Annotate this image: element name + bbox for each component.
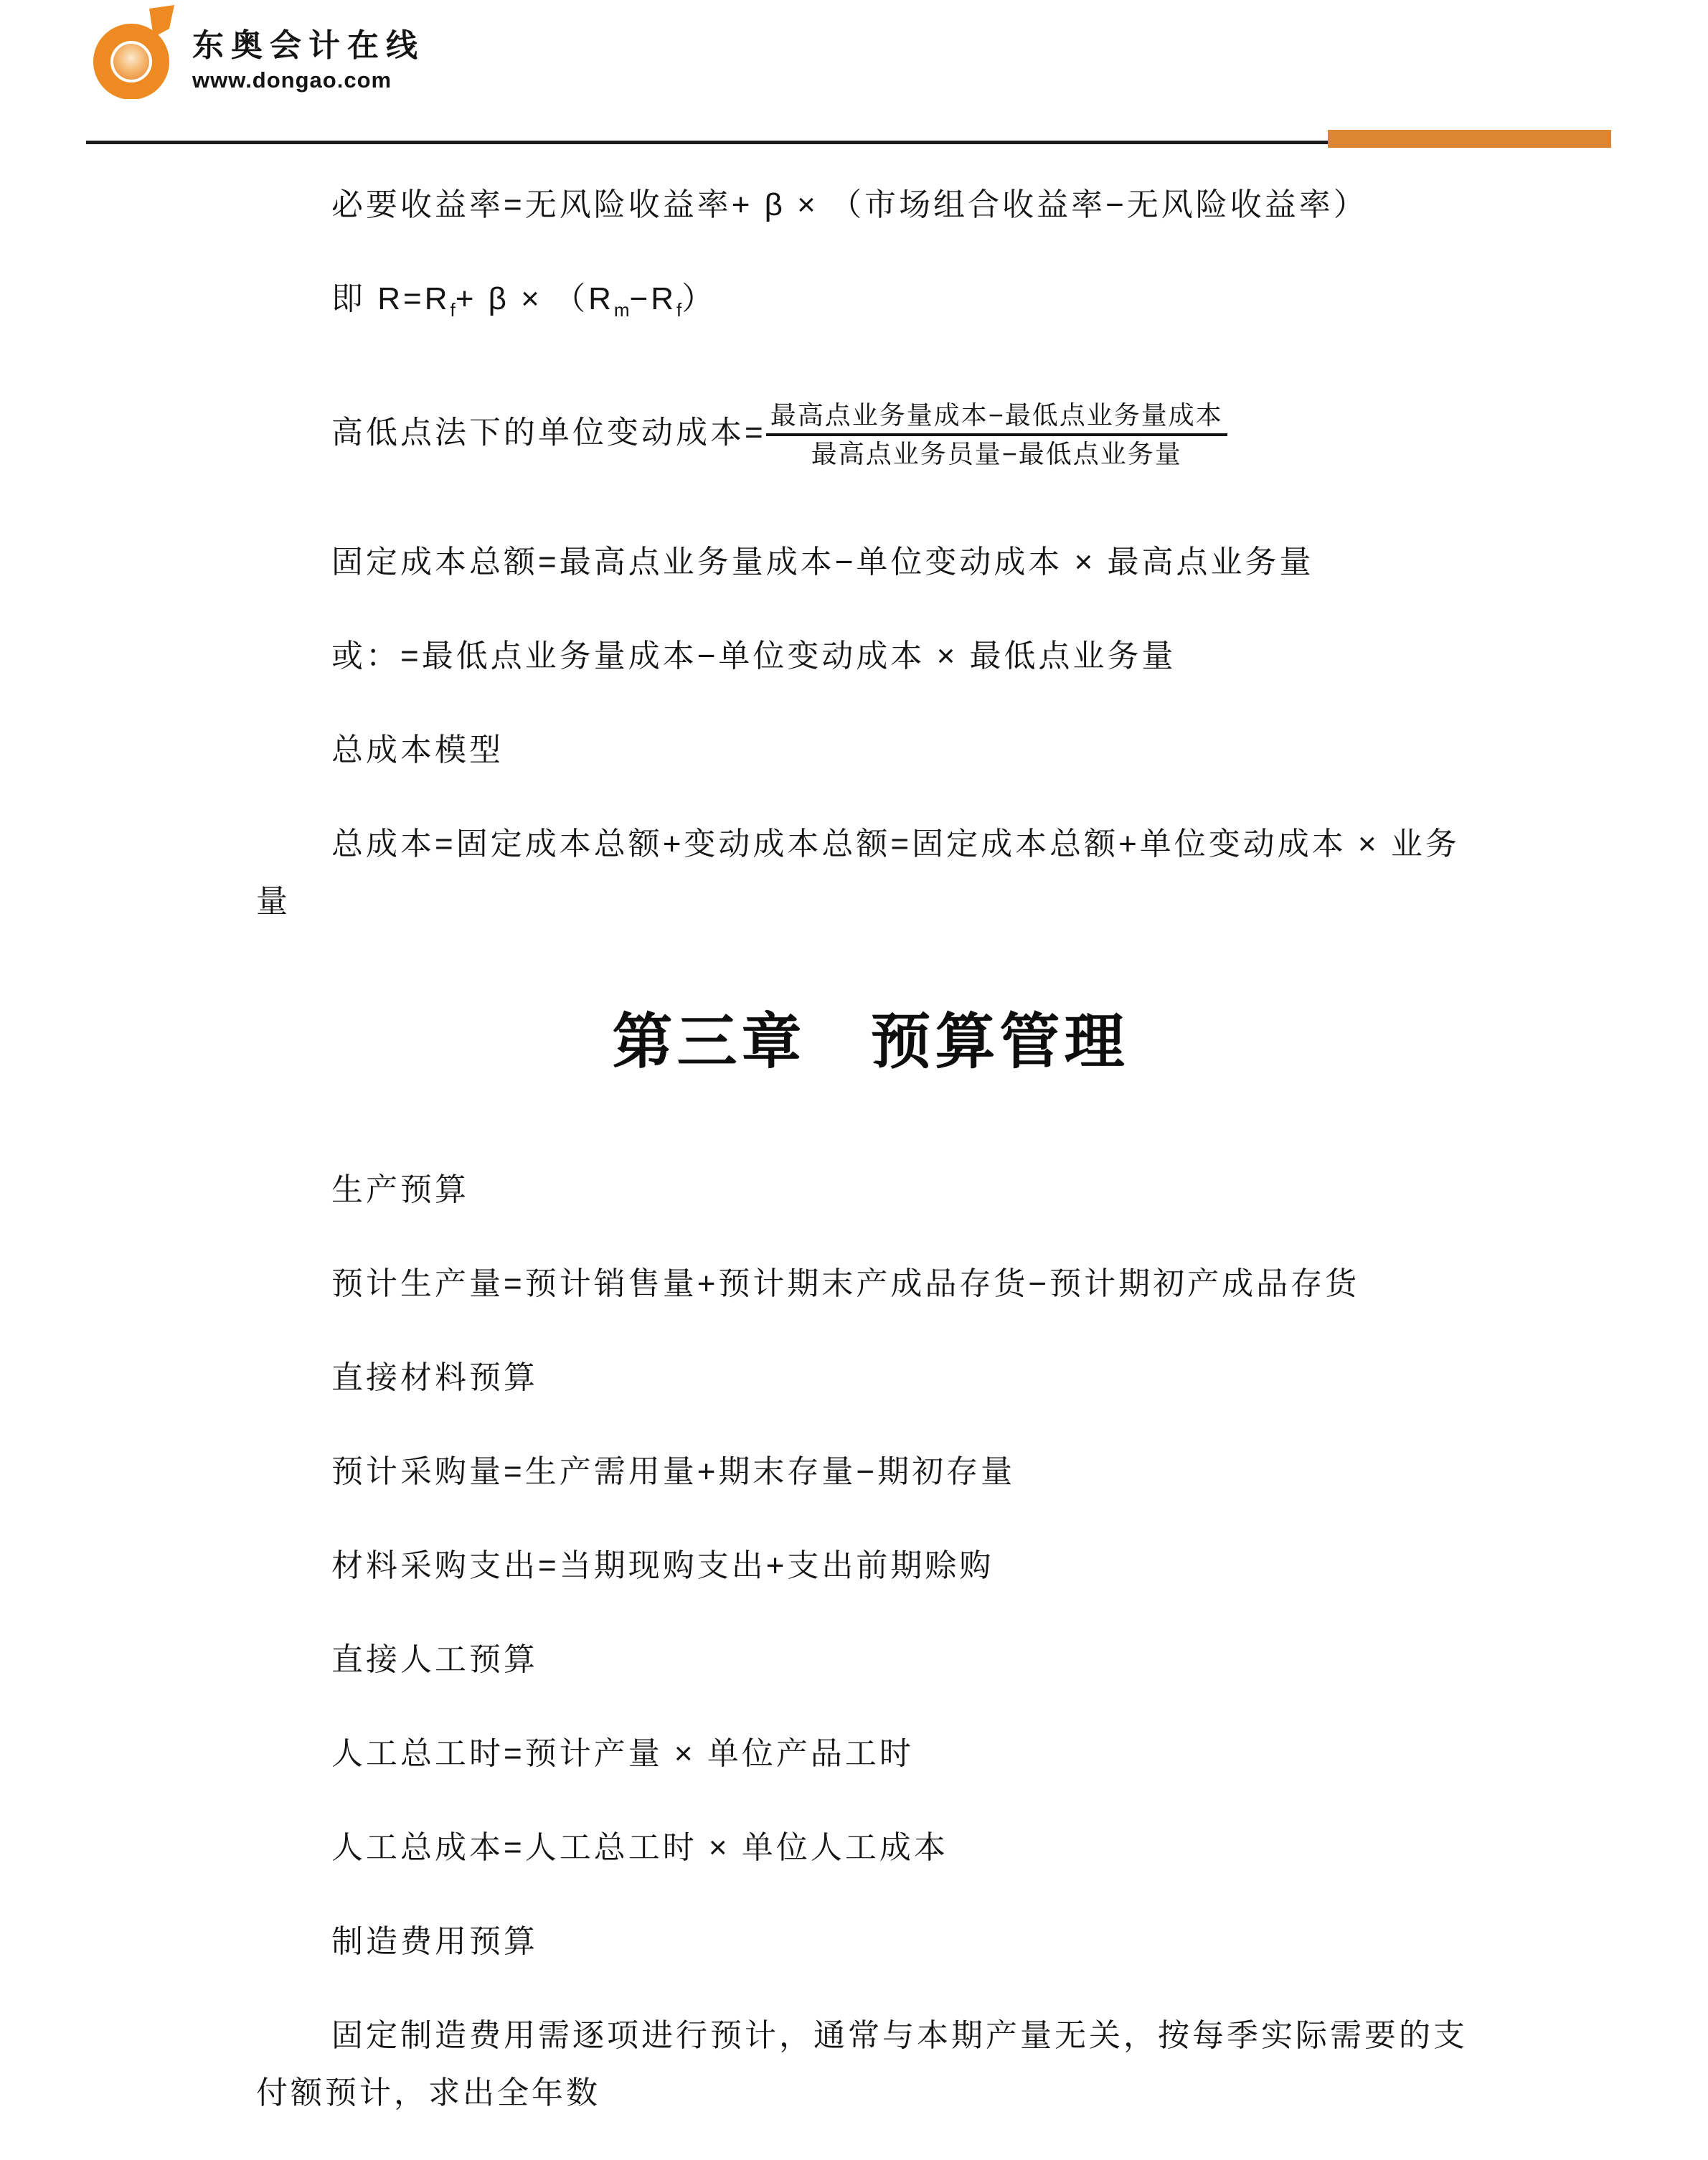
formula-capm-part: ） [681, 281, 716, 316]
para-fixed-overhead: 固定制造费用需逐项进行预计，通常与本期产量无关，按每季实际需要的支付额预计，求出… [256, 2007, 1485, 2122]
label-overhead-budget: 制造费用预算 [256, 1913, 1485, 1971]
formula-labor-cost: 人工总成本=人工总工时 × 单位人工成本 [256, 1819, 1485, 1877]
formula-total-cost-line2: 量 [256, 884, 291, 919]
formula-high-low-method: 高低点法下的单位变动成本=最高点业务量成本−最低点业务量成本最高点业务员量−最低… [256, 400, 1485, 470]
document-page: 东奥会计在线 www.dongao.com 必要收益率=无风险收益率+ β × … [0, 0, 1708, 2160]
chapter-heading: 第三章 预算管理 [256, 1002, 1485, 1081]
formula-required-return: 必要收益率=无风险收益率+ β × （市场组合收益率−无风险收益率） [256, 176, 1485, 234]
formula-production-qty: 预计生产量=预计销售量+预计期末产成品存货−预计期初产成品存货 [256, 1255, 1485, 1313]
formula-high-low-lhs: 高低点法下的单位变动成本= [331, 415, 766, 451]
label-production-budget: 生产预算 [256, 1161, 1485, 1219]
para-fixed-overhead-line2: 付额预计，求出全年数 [256, 2075, 600, 2111]
formula-capm-part: −R [630, 281, 676, 316]
label-direct-material-budget: 直接材料预算 [256, 1349, 1485, 1407]
label-total-cost-model: 总成本模型 [256, 722, 1485, 779]
formula-fixed-cost-alt: 或：=最低点业务量成本−单位变动成本 × 最低点业务量 [256, 628, 1485, 685]
formula-capm: 即 R=Rf+ β × （Rm−Rf） [256, 270, 1485, 328]
formula-total-cost-line1: 总成本=固定成本总额+变动成本总额=固定成本总额+单位变动成本 × 业务 [331, 826, 1460, 862]
formula-capm-subscript: m [614, 299, 630, 321]
document-body: 必要收益率=无风险收益率+ β × （市场组合收益率−无风险收益率） 即 R=R… [256, 176, 1485, 2159]
label-direct-labor-budget: 直接人工预算 [256, 1631, 1485, 1689]
logo-brand-text: 东奥会计在线 [192, 30, 425, 62]
formula-labor-hours: 人工总工时=预计产量 × 单位产品工时 [256, 1725, 1485, 1783]
logo-text-block: 东奥会计在线 www.dongao.com [192, 4, 425, 91]
formula-capm-part: + β × （R [456, 281, 614, 316]
fraction-denominator: 最高点业务员量−最低点业务量 [766, 436, 1227, 470]
dongao-logo: 东奥会计在线 www.dongao.com [90, 4, 425, 99]
dongao-d-icon [90, 4, 175, 99]
para-fixed-overhead-line1: 固定制造费用需逐项进行预计，通常与本期产量无关，按每季实际需要的支 [331, 2018, 1468, 2053]
logo-url-text: www.dongao.com [192, 69, 425, 91]
formula-purchase-qty: 预计采购量=生产需用量+期末存量−期初存量 [256, 1443, 1485, 1501]
formula-capm-part: 即 R=R [331, 281, 450, 316]
formula-total-cost: 总成本=固定成本总额+变动成本总额=固定成本总额+单位变动成本 × 业务量 [256, 816, 1485, 930]
formula-material-payment: 材料采购支出=当期现购支出+支出前期赊购 [256, 1537, 1485, 1595]
header-divider-accent-bar [1328, 130, 1611, 148]
fraction: 最高点业务量成本−最低点业务量成本最高点业务员量−最低点业务量 [766, 400, 1227, 470]
formula-fixed-cost-total: 固定成本总额=最高点业务量成本−单位变动成本 × 最高点业务量 [256, 534, 1485, 591]
header-divider-line [86, 141, 1328, 144]
formula-capm-subscript: f [450, 299, 455, 321]
fraction-numerator: 最高点业务量成本−最低点业务量成本 [766, 400, 1227, 436]
